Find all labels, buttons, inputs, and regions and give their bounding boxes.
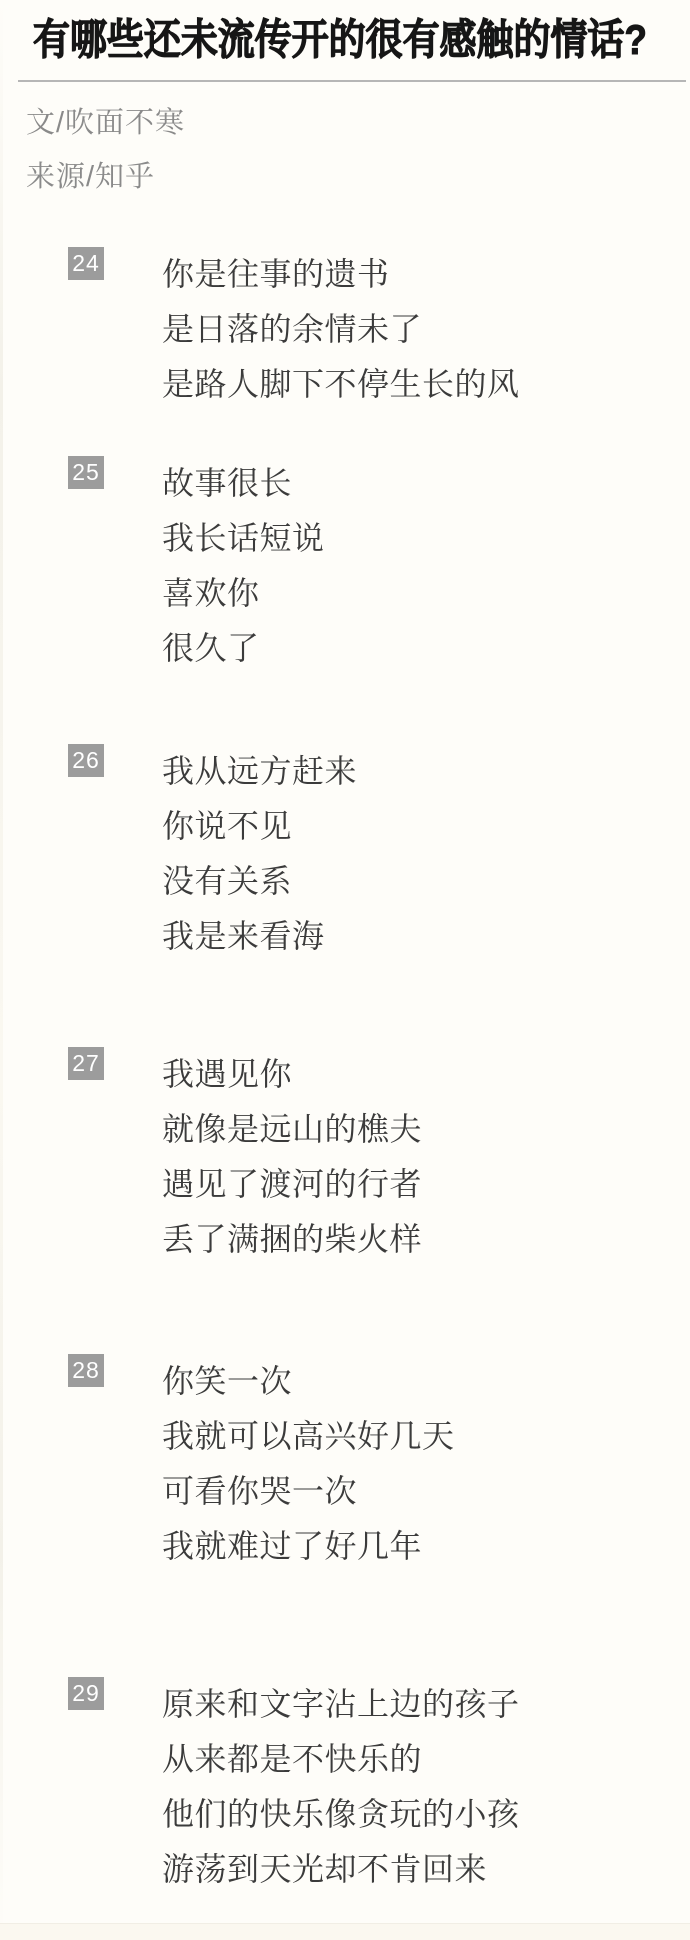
quote-line: 没有关系 bbox=[162, 854, 357, 909]
quote-line: 故事很长 bbox=[162, 456, 325, 511]
quote-line: 我长话短说 bbox=[162, 511, 325, 566]
quote-line: 丢了满捆的柴火样 bbox=[162, 1212, 422, 1267]
page-title-text: 有哪些还未流传开的很有感触的情话? bbox=[33, 16, 647, 64]
quote-line: 喜欢你 bbox=[162, 566, 325, 621]
title-divider bbox=[18, 80, 686, 82]
item-number-badge: 29 bbox=[68, 1677, 104, 1710]
quote-line: 游荡到天光却不肯回来 bbox=[162, 1842, 520, 1897]
quote-item: 27 我遇见你就像是远山的樵夫遇见了渡河的行者丢了满捆的柴火样 bbox=[68, 1047, 690, 1267]
quote-line: 就像是远山的樵夫 bbox=[162, 1102, 422, 1157]
quote-item: 25 故事很长我长话短说喜欢你很久了 bbox=[68, 456, 690, 676]
quote-item: 28 你笑一次我就可以高兴好几天可看你哭一次我就难过了好几年 bbox=[68, 1354, 690, 1574]
quote-line: 我就可以高兴好几天 bbox=[162, 1409, 455, 1464]
quote-lines: 我从远方赶来你说不见没有关系我是来看海 bbox=[162, 744, 357, 964]
quote-lines: 故事很长我长话短说喜欢你很久了 bbox=[162, 456, 325, 676]
quote-item: 29 原来和文字沾上边的孩子从来都是不快乐的他们的快乐像贪玩的小孩游荡到天光却不… bbox=[68, 1677, 690, 1897]
quote-list: 24 你是往事的遗书是日落的余情未了是路人脚下不停生长的风 25 故事很长我长话… bbox=[0, 247, 690, 1897]
quote-item: 24 你是往事的遗书是日落的余情未了是路人脚下不停生长的风 bbox=[68, 247, 690, 412]
footer-strip bbox=[0, 1923, 690, 1940]
page-title: 有哪些还未流传开的很有感触的情话? bbox=[33, 16, 680, 64]
item-number-badge: 27 bbox=[68, 1047, 104, 1080]
quote-line: 我遇见你 bbox=[162, 1047, 422, 1102]
quote-line: 我就难过了好几年 bbox=[162, 1519, 455, 1574]
quote-line: 从来都是不快乐的 bbox=[162, 1732, 520, 1787]
page-left-edge bbox=[0, 0, 3, 1940]
quote-line: 原来和文字沾上边的孩子 bbox=[162, 1677, 520, 1732]
quote-line: 遇见了渡河的行者 bbox=[162, 1157, 422, 1212]
quote-lines: 我遇见你就像是远山的樵夫遇见了渡河的行者丢了满捆的柴火样 bbox=[162, 1047, 422, 1267]
quote-line: 你笑一次 bbox=[162, 1354, 455, 1409]
item-number-badge: 28 bbox=[68, 1354, 104, 1387]
quote-lines: 原来和文字沾上边的孩子从来都是不快乐的他们的快乐像贪玩的小孩游荡到天光却不肯回来 bbox=[162, 1677, 520, 1897]
quote-line: 他们的快乐像贪玩的小孩 bbox=[162, 1787, 520, 1842]
item-number-badge: 25 bbox=[68, 456, 104, 489]
quote-line: 你说不见 bbox=[162, 799, 357, 854]
quote-lines: 你是往事的遗书是日落的余情未了是路人脚下不停生长的风 bbox=[162, 247, 520, 412]
item-number-badge: 26 bbox=[68, 744, 104, 777]
quote-line: 是路人脚下不停生长的风 bbox=[162, 357, 520, 412]
quote-line: 是日落的余情未了 bbox=[162, 302, 520, 357]
quote-lines: 你笑一次我就可以高兴好几天可看你哭一次我就难过了好几年 bbox=[162, 1354, 455, 1574]
quote-line: 我是来看海 bbox=[162, 909, 357, 964]
quote-item: 26 我从远方赶来你说不见没有关系我是来看海 bbox=[68, 744, 690, 964]
quote-line: 可看你哭一次 bbox=[162, 1464, 455, 1519]
article-page: 有哪些还未流传开的很有感触的情话? 文/吹面不寒 来源/知乎 24 你是往事的遗… bbox=[0, 0, 690, 1940]
item-number-badge: 24 bbox=[68, 247, 104, 280]
source-credit: 来源/知乎 bbox=[26, 160, 690, 194]
author-credit: 文/吹面不寒 bbox=[26, 106, 690, 140]
quote-line: 很久了 bbox=[162, 621, 325, 676]
quote-line: 我从远方赶来 bbox=[162, 744, 357, 799]
quote-line: 你是往事的遗书 bbox=[162, 247, 520, 302]
